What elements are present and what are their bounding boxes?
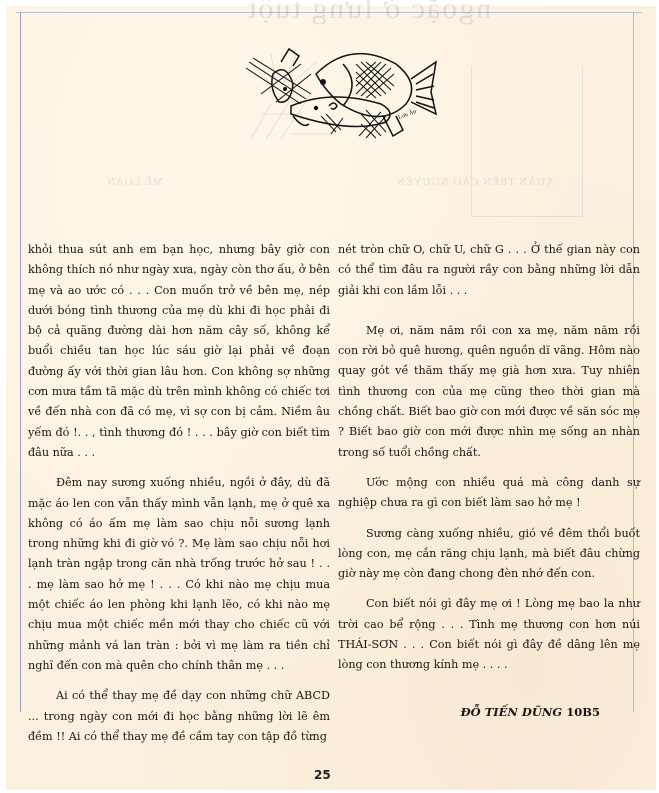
article-left-column: khỏi thua sút anh em bạn học, nhưng bây … [28, 240, 330, 747]
magazine-page: ngoặc ở lưng tuột MÊ LOẠN XUÂN TRÊN CAO … [6, 6, 656, 790]
bleed-through-title: ngoặc ở lưng tuột [246, 0, 491, 26]
paragraph: Sương càng xuống nhiều, gió về đêm thổi … [338, 524, 640, 585]
page-number: 25 [314, 768, 331, 782]
author-signature: ĐỖ TIẾN DŨNG 10B5 [338, 702, 640, 722]
author-class: 10B5 [566, 705, 600, 719]
paragraph: Đêm nay sương xuống nhiều, ngồi ở đây, d… [28, 473, 330, 676]
paragraph: Mẹ ơi, năm năm rồi con xa mẹ, năm năm rồ… [338, 321, 640, 463]
paragraph: Con biết nói gì đây mẹ ơi ! Lòng mẹ bao … [338, 594, 640, 675]
fish-drawing-icon: Lưu Ân [231, 44, 451, 144]
article-right-column: nét tròn chữ O, chữ U, chữ G . . . Ở thế… [338, 240, 640, 722]
bleed-through-heading-left: MÊ LOẠN [106, 176, 163, 188]
author-name: ĐỖ TIẾN DŨNG [461, 705, 563, 719]
left-border-rule [20, 12, 21, 712]
paragraph: Ai có thể thay mẹ đề dạy con những chữ A… [28, 686, 330, 747]
paragraph: Ước mộng con nhiều quá mà công danh sự n… [338, 473, 640, 514]
paragraph: nét tròn chữ O, chữ U, chữ G . . . Ở thế… [338, 240, 640, 301]
paragraph: khỏi thua sút anh em bạn học, nhưng bây … [28, 240, 330, 463]
bleed-through-house-sketch [471, 66, 583, 217]
